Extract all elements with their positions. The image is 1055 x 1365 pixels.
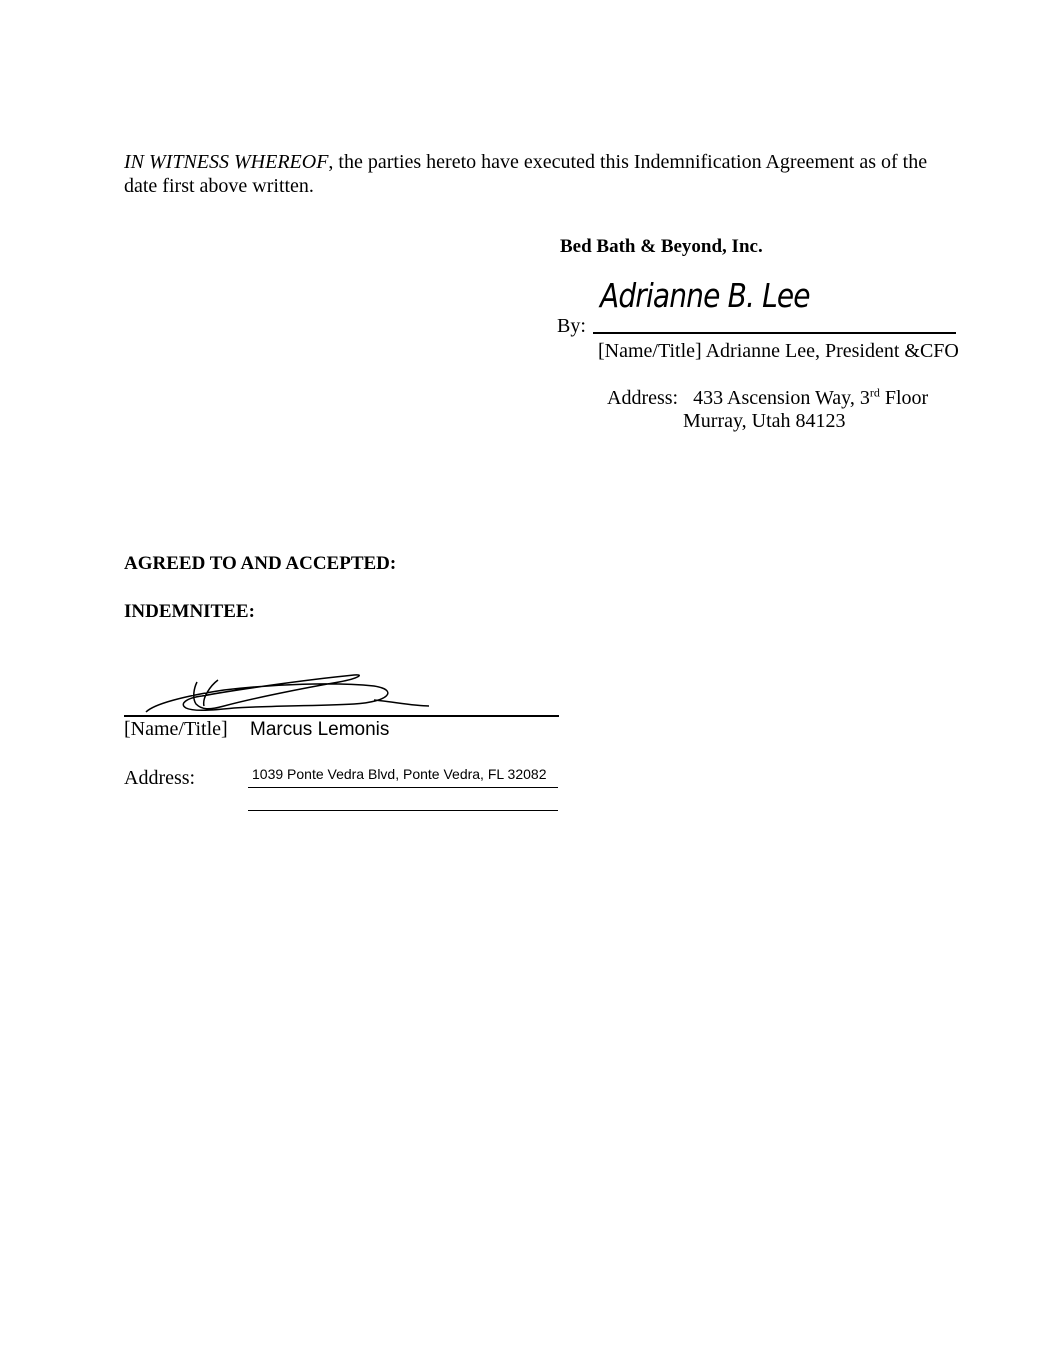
witness-italic-lead: IN WITNESS WHEREOF	[124, 151, 328, 173]
indemnitee-name-value: Marcus Lemonis	[250, 719, 389, 741]
witness-paragraph-line2: date first above written.	[124, 174, 314, 198]
indemnitee-address-value: 1039 Ponte Vedra Blvd, Ponte Vedra, FL 3…	[252, 766, 546, 782]
company-signature-line	[593, 332, 956, 334]
company-name: Bed Bath & Beyond, Inc.	[560, 235, 763, 259]
by-label: By:	[557, 314, 586, 338]
agreed-heading: AGREED TO AND ACCEPTED:	[124, 552, 396, 576]
indemnitee-heading: INDEMNITEE:	[124, 600, 255, 624]
address-line-2	[248, 810, 558, 811]
witness-line1-rest: , the parties hereto have executed this …	[328, 151, 927, 173]
indemnitee-signature-scribble	[124, 668, 564, 718]
witness-paragraph-line1: IN WITNESS WHEREOF, the parties hereto h…	[124, 150, 927, 174]
company-address-line1: Address: 433 Ascension Way, 3rd Floor	[607, 386, 928, 410]
company-name-title: [Name/Title] Adrianne Lee, President &CF…	[598, 339, 959, 363]
company-signature: Adrianne B. Lee	[600, 276, 810, 315]
indemnitee-address-label: Address:	[124, 766, 195, 790]
indemnitee-name-title-label: [Name/Title]	[124, 717, 228, 741]
company-address-label: Address:	[607, 387, 678, 409]
address-line-1	[248, 787, 558, 788]
company-address-line2: Murray, Utah 84123	[683, 409, 846, 433]
